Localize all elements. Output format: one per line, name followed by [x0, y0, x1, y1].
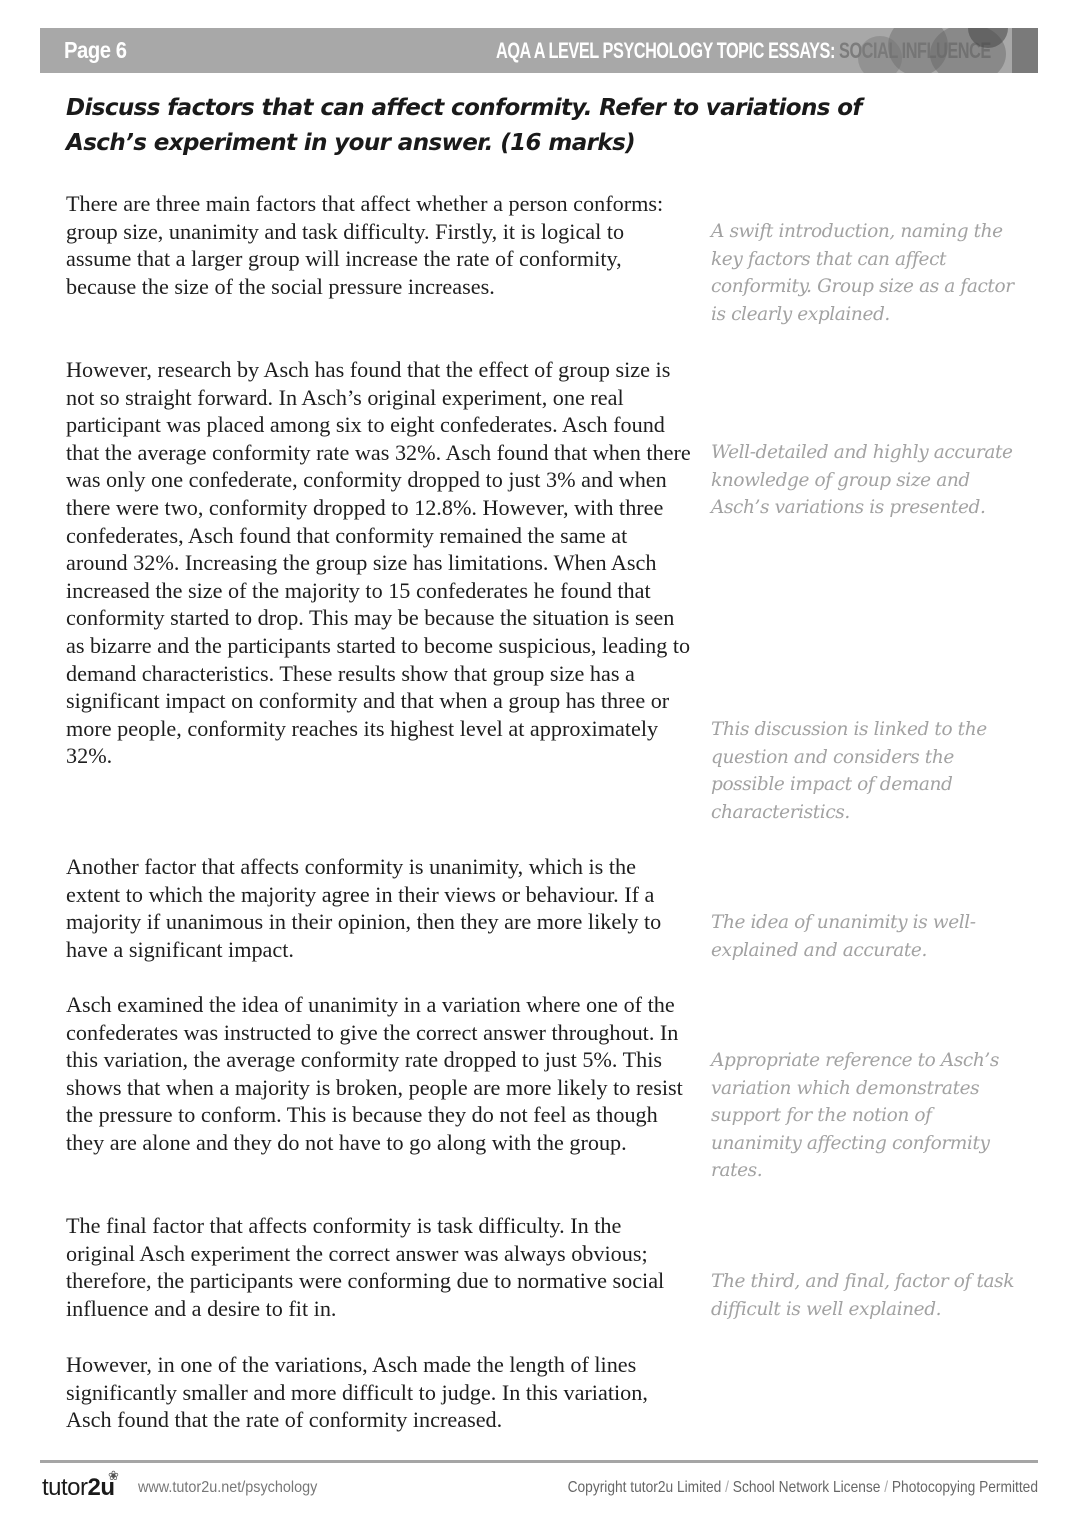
examiner-comment: A swift introduction, naming the key fac…: [711, 218, 1016, 328]
page-header-bar: Page 6 AQA A LEVEL PSYCHOLOGY TOPIC ESSA…: [40, 28, 1038, 73]
footer-url-link[interactable]: www.tutor2u.net/psychology: [138, 1479, 317, 1497]
examiner-comment: Appropriate reference to Asch’s variatio…: [711, 1047, 1016, 1185]
essay-paragraph: There are three main factors that affect…: [66, 190, 691, 300]
examiner-comment: The third, and final, factor of task dif…: [711, 1268, 1016, 1323]
license-text: School Network License: [733, 1479, 881, 1496]
footer-copyright: Copyright tutor2u Limited / School Netwo…: [568, 1479, 1038, 1497]
essay-paragraph: However, in one of the variations, Asch …: [66, 1351, 691, 1434]
examiner-comment: This discussion is linked to the questio…: [711, 716, 1016, 826]
header-decorative-image: [818, 28, 1038, 73]
separator: /: [880, 1479, 891, 1496]
essay-paragraph: Another factor that affects conformity i…: [66, 853, 691, 963]
series-title-main: AQA A LEVEL PSYCHOLOGY TOPIC ESSAYS:: [496, 38, 835, 63]
essay-paragraph: Asch examined the idea of unanimity in a…: [66, 991, 691, 1157]
separator: /: [721, 1479, 732, 1496]
essay-paragraph: However, research by Asch has found that…: [66, 356, 691, 770]
copyright-text: Copyright tutor2u Limited: [568, 1479, 722, 1496]
page-number: Page 6: [64, 37, 127, 64]
tutor2u-logo: tutor2u: [42, 1474, 115, 1502]
essay-paragraph: The final factor that affects conformity…: [66, 1212, 691, 1322]
examiner-comment: The idea of unanimity is well-explained …: [711, 909, 1016, 964]
photocopy-text: Photocopying Permitted: [892, 1479, 1038, 1496]
essay-question: Discuss factors that can affect conformi…: [66, 91, 946, 161]
examiner-comment: Well-detailed and highly accurate knowle…: [711, 439, 1016, 522]
footer-divider: [40, 1460, 1038, 1463]
logo-flower-icon: ❀: [108, 1469, 119, 1484]
logo-text: tutor: [42, 1474, 88, 1501]
